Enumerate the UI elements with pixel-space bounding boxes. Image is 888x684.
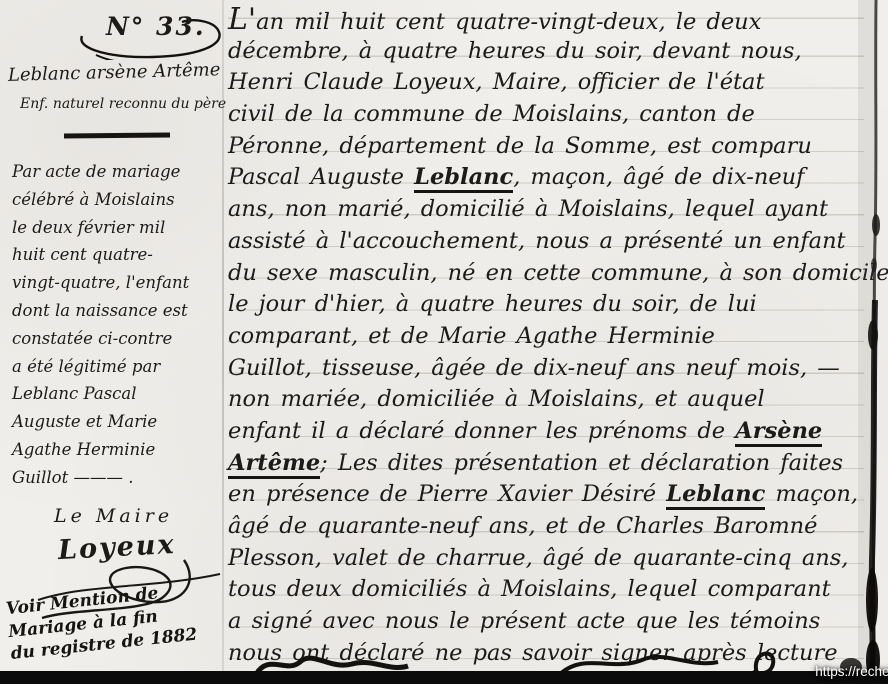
act-text-line: Plesson, valet de charrue, âgé de quaran…	[228, 543, 864, 575]
scanned-register-page: N° 33. Leblanc arsène Artême Enf. nature…	[0, 0, 888, 684]
act-text-line: du sexe masculin, né en cette commune, à…	[228, 258, 864, 290]
act-number-text: N° 33.	[106, 12, 206, 41]
line-text: ans, non marié, domicilié à Moislains, l…	[228, 196, 828, 222]
line-text: âgé de quarante-neuf ans, et de Charles …	[228, 513, 817, 539]
margin-note-line: constatée ci-contre	[12, 325, 189, 353]
act-text-line: L'an mil huit cent quatre-vingt-deux, le…	[228, 4, 864, 36]
act-text-line: âgé de quarante-neuf ans, et de Charles …	[228, 511, 864, 543]
act-text-line: en présence de Pierre Xavier Désiré Lebl…	[228, 479, 864, 511]
act-text-line: assisté à l'accouchement, nous a présent…	[228, 226, 864, 258]
margin-note-line: dont la naissance est	[12, 297, 189, 325]
margin-note-line: huit cent quatre-	[12, 241, 189, 269]
margin-note-line: le deux février mil	[12, 214, 189, 242]
line-text: tous deux domiciliés à Moislains, lequel…	[228, 576, 831, 602]
act-text-line: Pascal Auguste Leblanc, maçon, âgé de di…	[228, 162, 864, 194]
act-number: N° 33.	[74, 6, 226, 60]
margin-note-line: Agathe Herminie	[12, 436, 189, 464]
line-text: Guillot, tisseuse, âgée de dix-neuf ans …	[228, 355, 840, 381]
margin-note-line: Auguste et Marie	[12, 408, 189, 436]
act-text-line: Guillot, tisseuse, âgée de dix-neuf ans …	[228, 353, 864, 385]
act-text-line: Henri Claude Loyeux, Maire, officier de …	[228, 67, 864, 99]
line-text: décembre, à quatre heures du soir, devan…	[228, 38, 802, 64]
act-text-line: ans, non marié, domicilié à Moislains, l…	[228, 194, 864, 226]
act-text-line: décembre, à quatre heures du soir, devan…	[228, 36, 864, 68]
line-text: Péronne, département de la Somme, est co…	[228, 133, 812, 159]
margin-note-line: célébré à Moislains	[12, 186, 189, 214]
margin-note-line: a été légitimé par	[12, 353, 189, 381]
line-text: a signé avec nous le présent acte que le…	[228, 608, 820, 634]
line-text: , maçon, âgé de dix-neuf	[513, 164, 804, 190]
act-text-line: a signé avec nous le présent acte que le…	[228, 606, 864, 638]
line-text: Pascal Auguste	[228, 164, 414, 190]
underlined-name: Artême	[228, 450, 320, 479]
watermark-url: https://recher	[815, 664, 888, 679]
margin-note-line: Guillot ——— .	[12, 464, 189, 492]
page-fold-line	[222, 0, 224, 684]
act-text-line: non mariée, domiciliée à Moislains, et a…	[228, 384, 864, 416]
line-text: maçon,	[765, 481, 858, 507]
act-text-line: comparant, et de Marie Agathe Herminie	[228, 321, 864, 353]
underlined-name: Arsène	[735, 418, 822, 447]
margin-subheader: Enf. naturel reconnu du père	[20, 96, 230, 112]
line-text: en présence de Pierre Xavier Désiré	[228, 481, 666, 507]
line-text: comparant, et de Marie Agathe Herminie	[228, 323, 715, 349]
book-binding-edge	[848, 0, 888, 684]
margin-name: Leblanc arsène Artême	[8, 59, 224, 86]
underlined-name: Leblanc	[666, 481, 765, 510]
underlined-name: Leblanc	[414, 164, 513, 193]
line-text: assisté à l'accouchement, nous a présent…	[228, 228, 846, 254]
margin-note-line: Par acte de mariage	[12, 158, 189, 186]
margin-column: N° 33. Leblanc arsène Artême Enf. nature…	[8, 6, 224, 678]
line-text: Henri Claude Loyeux, Maire, officier de …	[228, 69, 765, 95]
line-text: L'an mil huit cent quatre-vingt-deux, le…	[228, 9, 761, 35]
line-text: civil de la commune de Moislains, canton…	[228, 101, 755, 127]
line-text: non mariée, domiciliée à Moislains, et a…	[228, 386, 765, 412]
line-text: enfant il a déclaré donner les prénoms d…	[228, 418, 735, 444]
act-text-line: le jour d'hier, à quatre heures du soir,…	[228, 289, 864, 321]
act-text: L'an mil huit cent quatre-vingt-deux, le…	[228, 4, 864, 676]
margin-note-line: vingt-quatre, l'enfant	[12, 269, 189, 297]
act-text-line: enfant il a déclaré donner les prénoms d…	[228, 416, 864, 448]
line-text: ; Les dites présentation et déclaration …	[320, 450, 843, 476]
margin-note-line: Leblanc Pascal	[12, 380, 189, 408]
divider-rule	[64, 133, 170, 139]
le-maire-label: Le Maire	[54, 505, 173, 527]
scan-border-band	[0, 671, 888, 684]
act-text-line: tous deux domiciliés à Moislains, lequel…	[228, 574, 864, 606]
act-text-line: Péronne, département de la Somme, est co…	[228, 131, 864, 163]
line-text: le jour d'hier, à quatre heures du soir,…	[228, 291, 757, 317]
line-text: du sexe masculin, né en cette commune, à…	[228, 260, 888, 286]
act-text-line: civil de la commune de Moislains, canton…	[228, 99, 864, 131]
act-text-line: Artême; Les dites présentation et déclar…	[228, 448, 864, 480]
line-text: Plesson, valet de charrue, âgé de quaran…	[228, 545, 848, 571]
margin-note: Par acte de mariage célébré à Moislains …	[12, 158, 189, 492]
